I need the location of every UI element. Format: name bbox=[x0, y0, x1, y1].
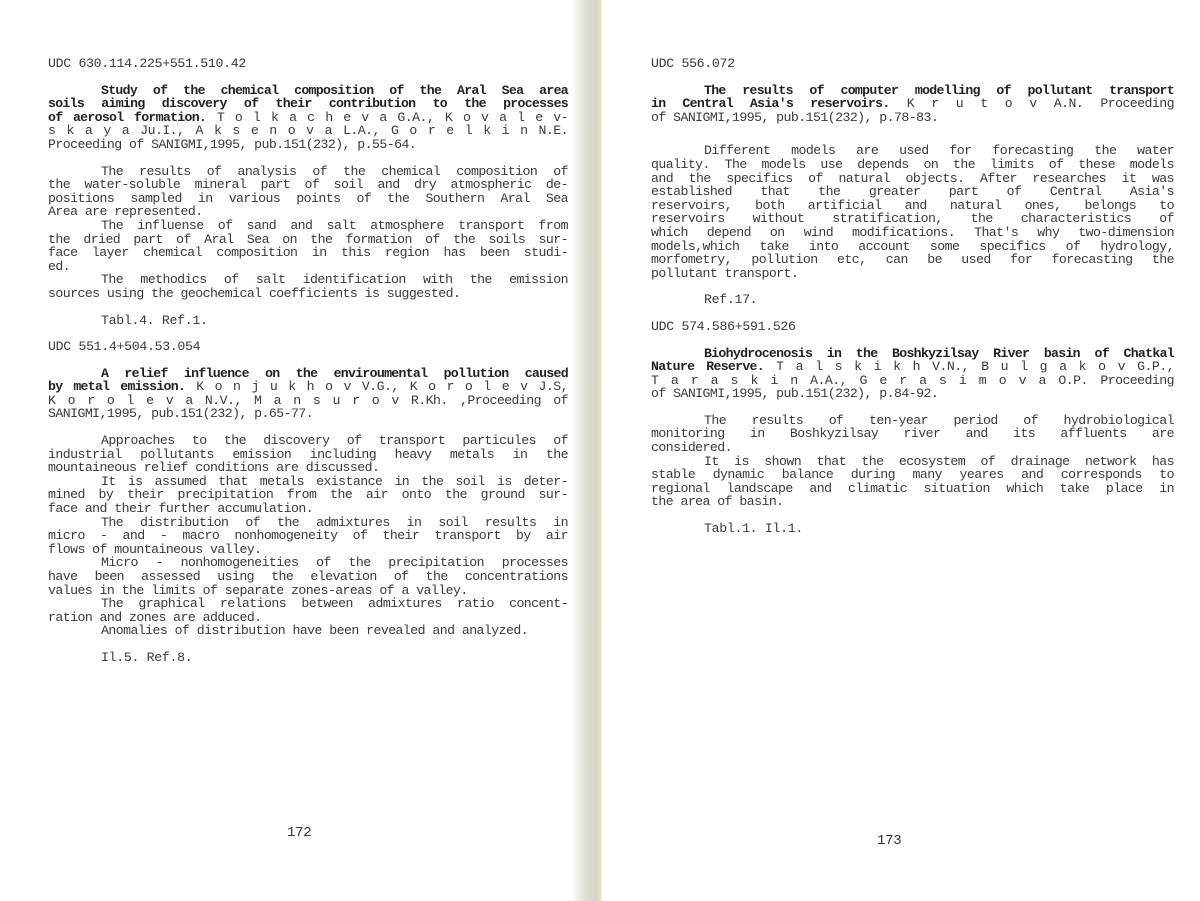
abstract-line: It is assumed that metals existance in t… bbox=[48, 475, 568, 489]
abstract-line: considered. bbox=[651, 441, 1174, 455]
page-number: 173 bbox=[877, 833, 901, 849]
abstract-line: positions sampled in various points of t… bbox=[48, 192, 568, 206]
abstract-line: quality. The models use depends on the l… bbox=[651, 158, 1174, 172]
article-title-end: Nature Reserve. bbox=[651, 359, 764, 374]
abstract: Different models are used for forecastin… bbox=[651, 144, 1174, 280]
abstract-line: reservoirs without stratification, the c… bbox=[651, 212, 1174, 226]
authors-line: T a r a s k i n A.A., G e r a s i m o v … bbox=[651, 374, 1174, 388]
proceeding-citation: of SANIGMI,1995, pub.151(232), p.78-83. bbox=[651, 111, 1174, 125]
article-aral-sea-soils: UDC 630.114.225+551.510.42 Study of the … bbox=[48, 57, 568, 327]
proceeding-citation: SANIGMI,1995, pub.151(232), p.65-77. bbox=[48, 407, 568, 421]
abstract-line: The distribution of the admixtures in so… bbox=[48, 516, 568, 530]
tables-references: Tabl.1. Il.1. bbox=[651, 522, 1174, 536]
abstract-line: which depend on wind modifications. That… bbox=[651, 226, 1174, 240]
abstract-line: models,which take into account some spec… bbox=[651, 240, 1174, 254]
tables-references: Il.5. Ref.8. bbox=[48, 651, 568, 665]
abstract-line: reservoirs, both artificial and natural … bbox=[651, 199, 1174, 213]
abstract-line: Anomalies of distribution have been reve… bbox=[48, 624, 568, 638]
right-page-text-column: UDC 556.072 The results of computer mode… bbox=[651, 57, 1174, 536]
udc-code: UDC 574.586+591.526 bbox=[651, 320, 1174, 334]
article-relief-influence: UDC 551.4+504.53.054 A relief influence … bbox=[48, 340, 568, 664]
abstract-line: Micro - nonhomogeneities of the precipit… bbox=[48, 556, 568, 570]
book-spread: UDC 630.114.225+551.510.42 Study of the … bbox=[0, 0, 1200, 901]
tables-references: Tabl.4. Ref.1. bbox=[48, 314, 568, 328]
article-title-end: in Central Asia's reservoirs. bbox=[651, 96, 890, 111]
abstract-line: regional landscape and climatic situatio… bbox=[651, 482, 1174, 496]
abstract-line: and the specifics of natural objects. Af… bbox=[651, 172, 1174, 186]
article-title-line: The results of computer modelling of pol… bbox=[651, 84, 1174, 98]
abstract-line: face layer chemical composition in this … bbox=[48, 246, 568, 260]
authors-text: T a l s k i k h V.N., B u l g a k o v G.… bbox=[776, 359, 1174, 374]
abstract-line: have been assessed using the elevation o… bbox=[48, 570, 568, 584]
abstract-line: stable dynamic balance during many yeare… bbox=[651, 468, 1174, 482]
tables-references: Ref.17. bbox=[651, 293, 1174, 307]
proceeding-citation: Proceeding of SANIGMI,1995, pub.151(232)… bbox=[48, 138, 568, 152]
title-authors-line: in Central Asia's reservoirs. K r u t o … bbox=[651, 97, 1174, 111]
abstract-line: ration and zones are adduced. bbox=[48, 611, 568, 625]
abstract: The results of ten-year period of hydrob… bbox=[651, 414, 1174, 509]
udc-code: UDC 630.114.225+551.510.42 bbox=[48, 57, 568, 71]
article-title-line: Biohydrocenosis in the Boshkyzilsay Rive… bbox=[651, 347, 1174, 361]
title-authors-line: of aerosol formation. T o l k a c h e v … bbox=[48, 111, 568, 125]
authors-text: K r u t o v A.N. Proceeding bbox=[907, 96, 1174, 111]
proceeding-citation: of SANIGMI,1995, pub.151(232), p.84-92. bbox=[651, 387, 1174, 401]
authors-line: K o r o l e v a N.V., M a n s u r o v R.… bbox=[48, 394, 568, 408]
abstract-line: The graphical relations between admixtur… bbox=[48, 597, 568, 611]
udc-code: UDC 551.4+504.53.054 bbox=[48, 340, 568, 354]
page-number: 172 bbox=[287, 825, 311, 841]
article-computer-modelling: UDC 556.072 The results of computer mode… bbox=[651, 57, 1174, 307]
abstract: The results of analysis of the chemical … bbox=[48, 165, 568, 301]
abstract-line: the area of basin. bbox=[651, 495, 1174, 509]
abstract-line: industrial pollutants emission including… bbox=[48, 448, 568, 462]
article-title-line: Study of the chemical composition of the… bbox=[48, 84, 568, 98]
abstract-line: sources using the geochemical coefficien… bbox=[48, 287, 568, 301]
abstract-line: face and their further accumulation. bbox=[48, 502, 568, 516]
abstract-line: Different models are used for forecastin… bbox=[651, 144, 1174, 158]
abstract-line: The influense of sand and salt atmospher… bbox=[48, 219, 568, 233]
left-page: UDC 630.114.225+551.510.42 Study of the … bbox=[0, 0, 600, 901]
abstract-line: micro - and - macro nonhomogeneity of th… bbox=[48, 529, 568, 543]
udc-code: UDC 556.072 bbox=[651, 57, 1174, 71]
article-title-line: A relief influence on the enviroumental … bbox=[48, 367, 568, 381]
abstract-line: Area are represented. bbox=[48, 205, 568, 219]
abstract-line: ed. bbox=[48, 260, 568, 274]
abstract-line: morfometry, pollution etc, can be used f… bbox=[651, 253, 1174, 267]
title-authors-line: by metal emission. K o n j u k h o v V.G… bbox=[48, 380, 568, 394]
left-page-text-column: UDC 630.114.225+551.510.42 Study of the … bbox=[48, 57, 568, 665]
abstract: Approaches to the discovery of transport… bbox=[48, 434, 568, 638]
abstract-line: The results of analysis of the chemical … bbox=[48, 165, 568, 179]
book-gutter-shadow bbox=[572, 0, 602, 901]
abstract-line: mountaineous relief conditions are discu… bbox=[48, 461, 568, 475]
abstract-line: the dried part of Aral Sea on the format… bbox=[48, 233, 568, 247]
abstract-line: pollutant transport. bbox=[651, 267, 1174, 281]
abstract-line: mined by their precipitation from the ai… bbox=[48, 488, 568, 502]
abstract-line: the water-soluble mineral part of soil a… bbox=[48, 178, 568, 192]
abstract-line: values in the limits of separate zones-a… bbox=[48, 584, 568, 598]
abstract-line: It is shown that the ecosystem of draina… bbox=[651, 455, 1174, 469]
article-title-line: soils aiming discovery of their contribu… bbox=[48, 97, 568, 111]
title-authors-line: Nature Reserve. T a l s k i k h V.N., B … bbox=[651, 360, 1174, 374]
abstract-line: established that the greater part of Cen… bbox=[651, 185, 1174, 199]
abstract-line: The results of ten-year period of hydrob… bbox=[651, 414, 1174, 428]
abstract-line: flows of mountaineous valley. bbox=[48, 543, 568, 557]
abstract-line: Approaches to the discovery of transport… bbox=[48, 434, 568, 448]
article-biohydrocenosis: UDC 574.586+591.526 Biohydrocenosis in t… bbox=[651, 320, 1174, 536]
abstract-line: monitoring in Boshkyzilsay river and its… bbox=[651, 427, 1174, 441]
abstract-line: The methodics of salt identification wit… bbox=[48, 273, 568, 287]
authors-line: s k a y a Ju.I., A k s e n o v a L.A., G… bbox=[48, 124, 568, 138]
